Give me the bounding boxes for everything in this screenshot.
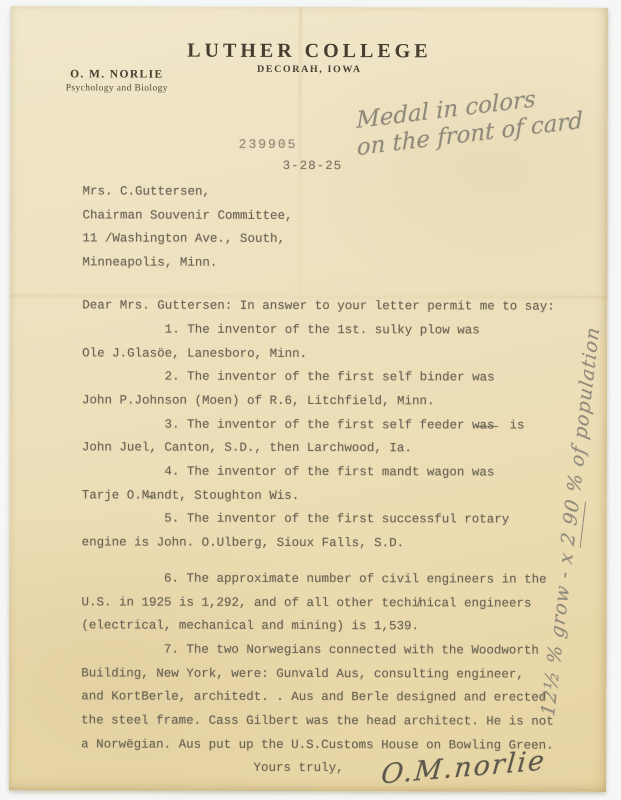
typed-line: the steel frame. Cass Gilbert was the he… — [81, 709, 591, 734]
typed-line: John Juel, Canton, S.D., then Larchwood,… — [82, 437, 592, 462]
typed-line: U.S. in 1925 is 1,292, and of all other … — [81, 591, 591, 616]
typed-line: Dear Mrs. Guttersen: In answer to your l… — [82, 295, 592, 320]
typed-line: 6. The approximate number of civil engin… — [81, 567, 591, 592]
letterhead-college-name: LUTHER COLLEGE — [11, 39, 608, 64]
letter-paper: LUTHER COLLEGE DECORAH, IOWA O. M. NORLI… — [9, 6, 608, 792]
sender-department: Psychology and Biology — [49, 83, 185, 93]
stamped-number: 239905 — [239, 137, 298, 152]
typed-letter-body: Mrs. C.Guttersen,Chairman Souvenir Commi… — [81, 180, 593, 781]
letterhead-sender-block: O. M. NORLIE Psychology and Biology — [49, 68, 185, 93]
typed-line: 7. The two Norwegians connected with the… — [81, 638, 591, 663]
handwritten-top-note: Medal in colors on the front of card — [356, 77, 615, 162]
typed-date: 3-28-25 — [283, 159, 343, 173]
scanned-letter-page: { "letterhead": { "college": "LUTHER COL… — [0, 0, 621, 800]
typed-line: Mrs. C.Guttersen, — [83, 180, 593, 205]
typed-line: 4. The inventor of the first mandt wagon… — [82, 460, 592, 485]
typed-line: Ole J.Glasöe, Lanesboro, Minn. — [82, 342, 592, 367]
typed-line: Chairman Souvenir Committee, — [82, 204, 592, 229]
typed-line: Tarje O.M̶andt, Stoughton Wis. — [82, 484, 592, 509]
typed-line: 11 /Washington Ave., South, — [82, 228, 592, 253]
typed-line: Building, New York, were: Gunvald Aus, c… — [81, 662, 591, 687]
typed-line: John P.Johnson (Moen) of R.6, Litchfield… — [82, 389, 592, 414]
typed-line: Minneapolis, Minn. — [82, 251, 592, 276]
sender-name: O. M. NORLIE — [49, 68, 185, 80]
typed-line: 3. The inventor of the first self feeder… — [82, 413, 592, 438]
typed-line: and KortBerle, architedt. . Aus and Berl… — [81, 686, 591, 711]
typed-line: 1. The inventor of the 1st. sulky plow w… — [82, 318, 592, 343]
typed-line: engine is John. O.Ulberg, Sioux Falls, S… — [82, 532, 592, 557]
typed-line: (electrical, mechanical and mining) is 1… — [81, 615, 591, 640]
typed-line: 5. The inventor of the first successful … — [82, 508, 592, 533]
typed-line: 2. The inventor of the first self binder… — [82, 366, 592, 391]
